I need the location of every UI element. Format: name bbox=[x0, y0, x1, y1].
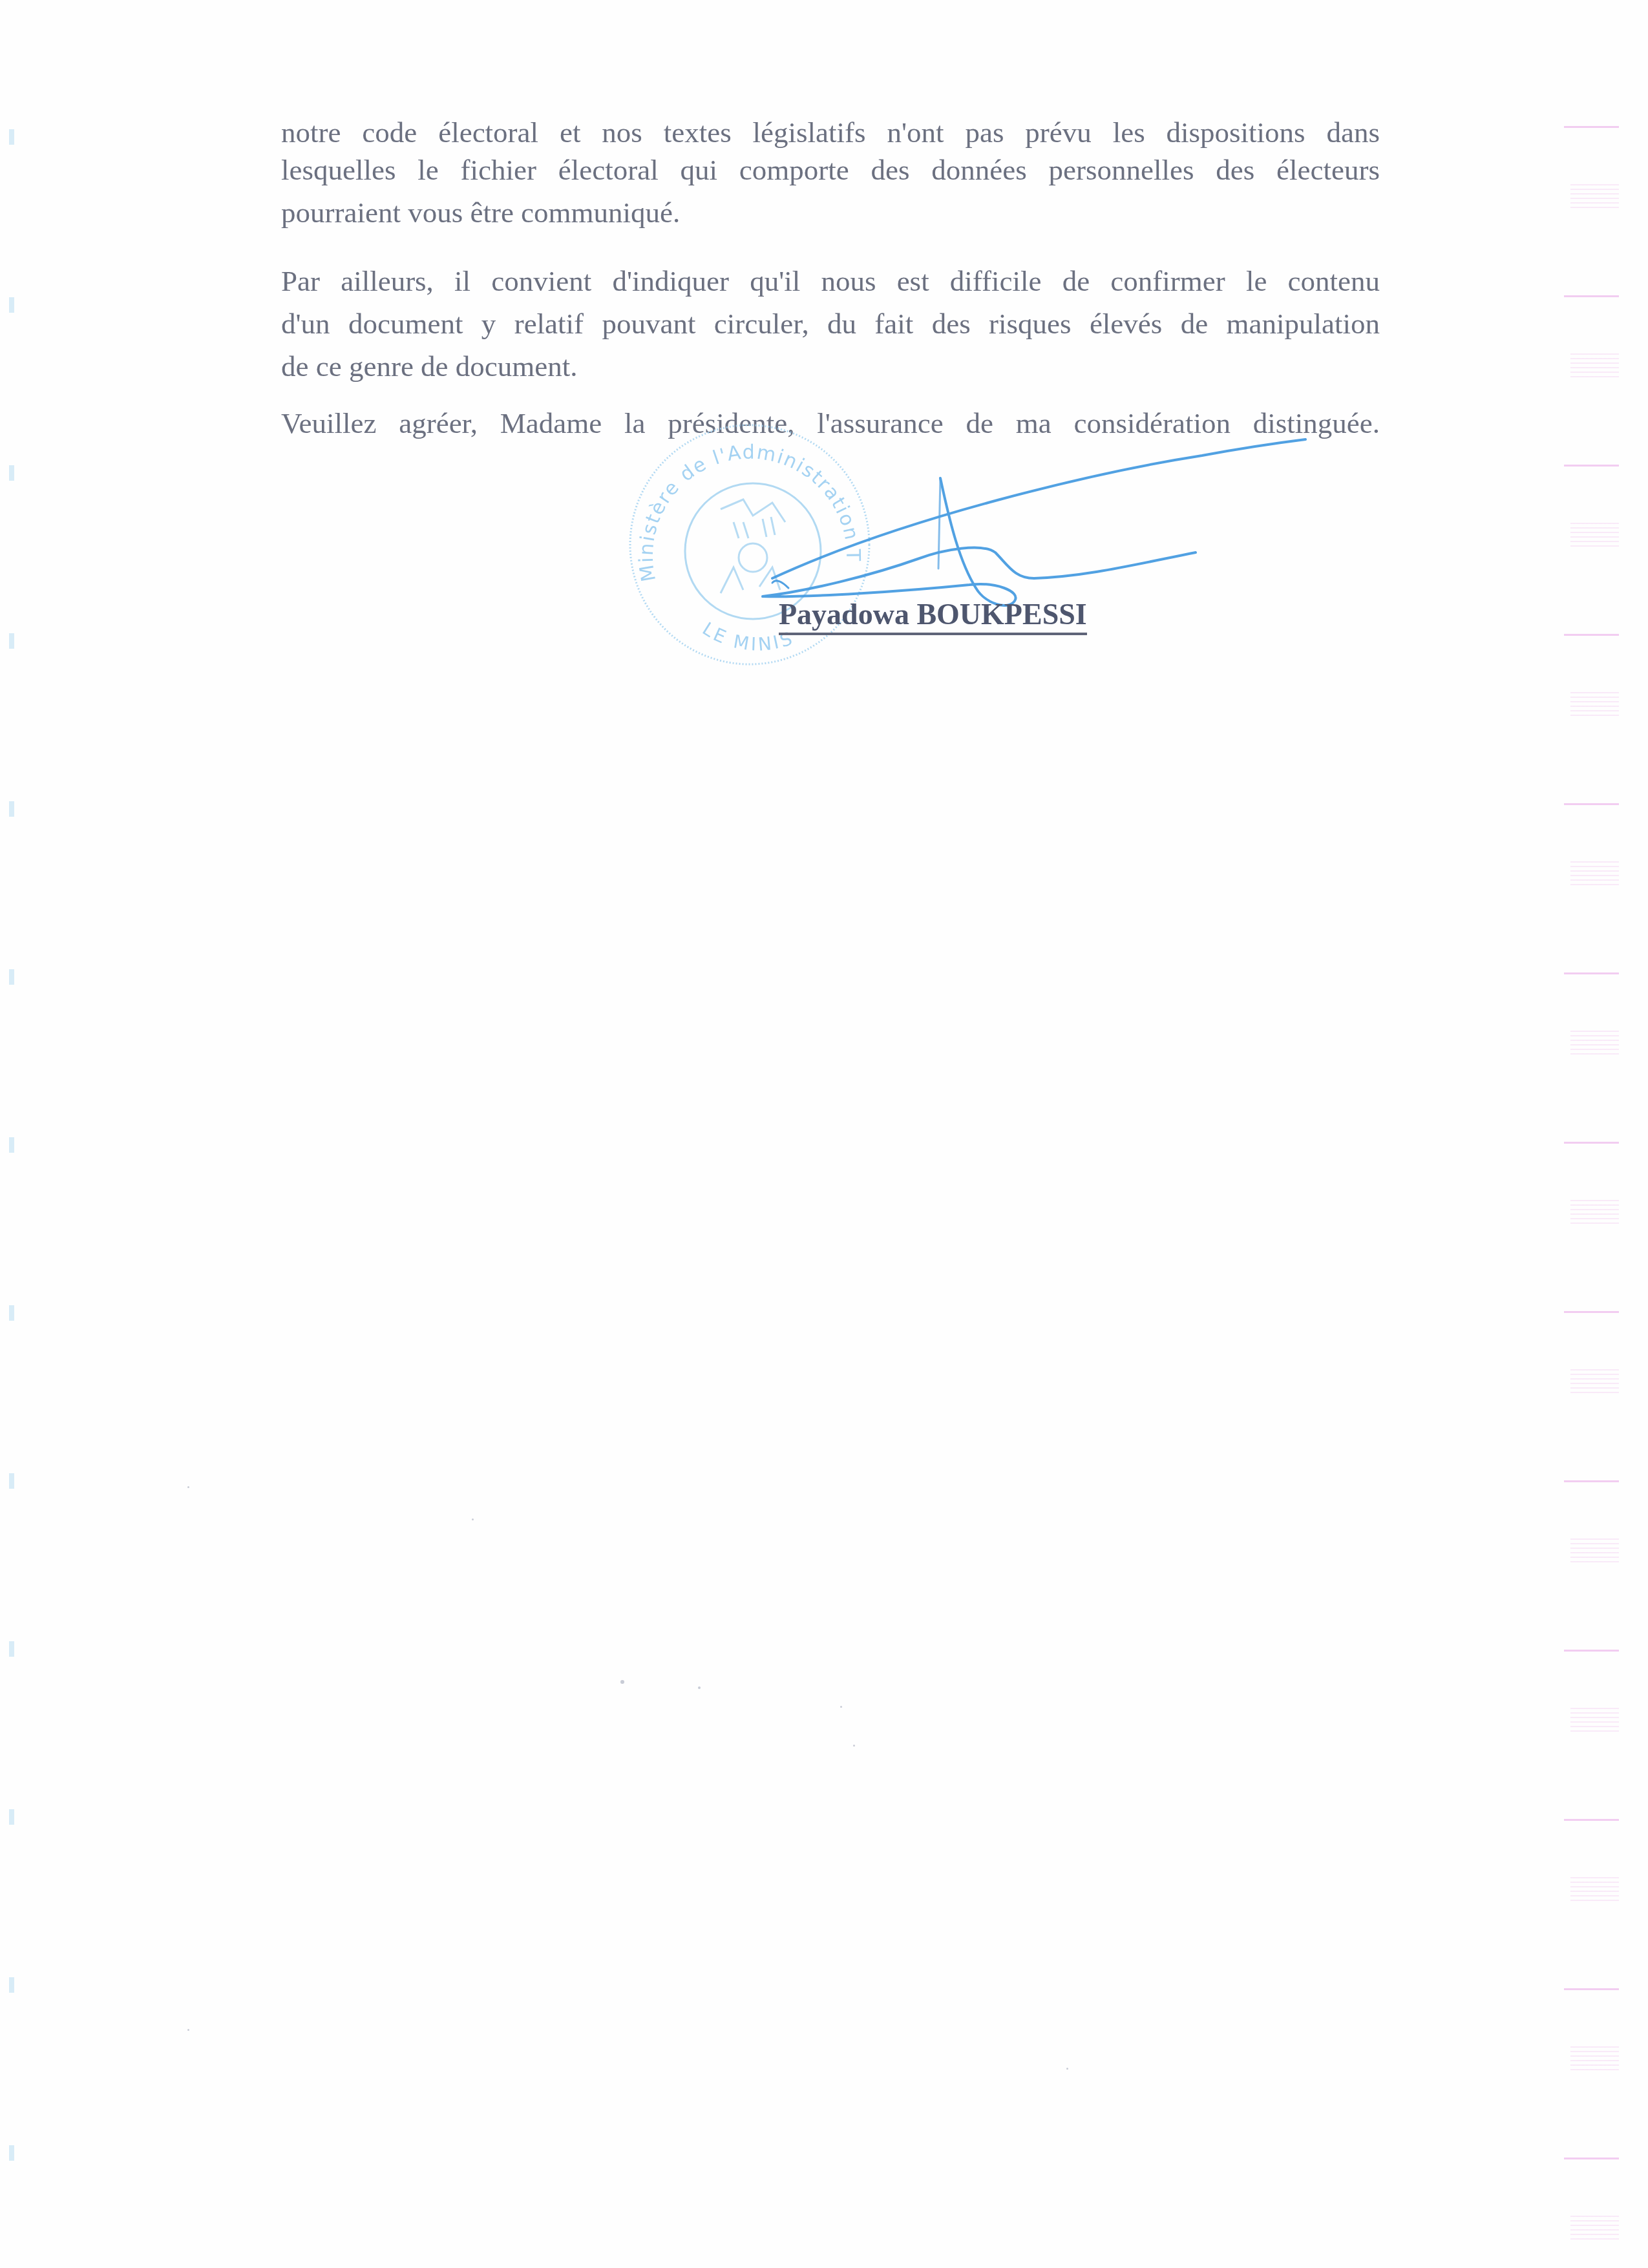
margin-scan-mark bbox=[9, 1809, 14, 1825]
margin-scan-smudge bbox=[1570, 1369, 1619, 1395]
margin-scan-dash bbox=[1564, 465, 1619, 467]
margin-scan-mark bbox=[9, 297, 14, 313]
margin-scan-smudge bbox=[1570, 353, 1619, 379]
signatory-name: Payadowa BOUKPESSI bbox=[779, 598, 1087, 635]
margin-scan-dash bbox=[1564, 1480, 1619, 1482]
margin-scan-dash bbox=[1564, 972, 1619, 974]
margin-scan-smudge bbox=[1570, 1877, 1619, 1903]
right-margin-scan-artifacts bbox=[1558, 0, 1622, 2268]
margin-scan-mark bbox=[9, 801, 14, 817]
margin-scan-smudge bbox=[1570, 861, 1619, 887]
margin-scan-dash bbox=[1564, 803, 1619, 805]
margin-scan-dash bbox=[1564, 1142, 1619, 1144]
margin-scan-dash bbox=[1564, 295, 1619, 297]
margin-scan-mark bbox=[9, 633, 14, 649]
margin-scan-dash bbox=[1564, 1819, 1619, 1821]
paragraph-line: Par ailleurs, il convient d'indiquer qu'… bbox=[281, 260, 1380, 302]
margin-scan-mark bbox=[9, 1977, 14, 1993]
margin-scan-mark bbox=[9, 129, 14, 145]
margin-scan-mark bbox=[9, 1641, 14, 1657]
margin-scan-mark bbox=[9, 2145, 14, 2161]
margin-scan-dash bbox=[1564, 634, 1619, 636]
margin-scan-dash bbox=[1564, 1650, 1619, 1652]
margin-scan-mark bbox=[9, 1473, 14, 1489]
scan-speck bbox=[620, 1680, 624, 1684]
margin-scan-smudge bbox=[1570, 1031, 1619, 1056]
margin-scan-smudge bbox=[1570, 692, 1619, 718]
scan-speck bbox=[187, 2029, 189, 2031]
scan-speck bbox=[1066, 2068, 1068, 2070]
margin-scan-mark bbox=[9, 1305, 14, 1321]
scan-speck bbox=[187, 1486, 189, 1488]
margin-scan-smudge bbox=[1570, 1708, 1619, 1734]
left-margin-scan-artifacts bbox=[0, 0, 26, 2268]
margin-scan-smudge bbox=[1570, 1538, 1619, 1564]
scan-speck bbox=[472, 1518, 474, 1520]
scanned-letter-page: notre code électoral et nos textes légis… bbox=[0, 0, 1648, 2268]
margin-scan-smudge bbox=[1570, 523, 1619, 549]
margin-scan-mark bbox=[9, 465, 14, 481]
margin-scan-mark bbox=[9, 1137, 14, 1153]
paragraph-electoral-file: notre code électoral et nos textes légis… bbox=[281, 121, 1380, 234]
margin-scan-smudge bbox=[1570, 2216, 1619, 2242]
paragraph-line: pourraient vous être communiqué. bbox=[281, 191, 1380, 234]
margin-scan-dash bbox=[1564, 2158, 1619, 2159]
scan-speck bbox=[840, 1706, 842, 1708]
margin-scan-smudge bbox=[1570, 2046, 1619, 2072]
margin-scan-smudge bbox=[1570, 184, 1619, 210]
scan-speck bbox=[698, 1686, 701, 1689]
margin-scan-dash bbox=[1564, 1311, 1619, 1313]
paragraph-document-content: Par ailleurs, il convient d'indiquer qu'… bbox=[281, 260, 1380, 388]
paragraph-line: de ce genre de document. bbox=[281, 345, 1380, 388]
margin-scan-dash bbox=[1564, 1988, 1619, 1990]
clipped-top-line: notre code électoral et nos textes légis… bbox=[281, 121, 1380, 149]
paragraph-line: d'un document y relatif pouvant circuler… bbox=[281, 302, 1380, 345]
scan-speck bbox=[853, 1745, 855, 1747]
margin-scan-dash bbox=[1564, 126, 1619, 128]
margin-scan-smudge bbox=[1570, 1200, 1619, 1226]
paragraph-line: lesquelles le fichier électoral qui comp… bbox=[281, 149, 1380, 191]
margin-scan-mark bbox=[9, 969, 14, 985]
